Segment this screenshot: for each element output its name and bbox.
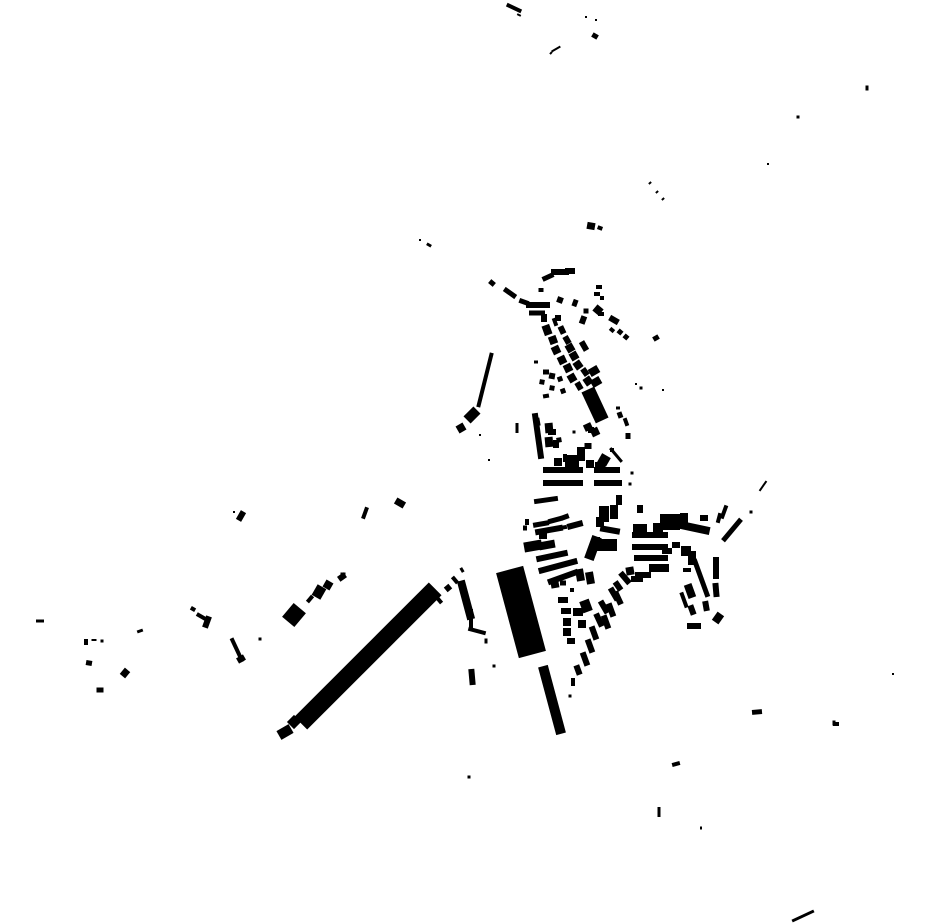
building-footprint bbox=[468, 776, 471, 779]
building-footprint bbox=[700, 515, 708, 521]
building-footprint bbox=[594, 292, 600, 296]
building-footprint bbox=[479, 434, 481, 436]
building-footprint bbox=[469, 609, 473, 629]
building-footprint bbox=[594, 467, 620, 473]
building-footprint bbox=[233, 511, 235, 513]
building-footprint bbox=[625, 566, 634, 575]
building-footprint bbox=[259, 638, 262, 641]
building-footprint bbox=[712, 583, 719, 597]
building-footprint bbox=[640, 387, 643, 390]
building-footprint bbox=[565, 455, 579, 467]
building-footprint bbox=[700, 827, 702, 830]
figure-ground-map bbox=[0, 0, 930, 924]
building-footprint bbox=[488, 459, 490, 461]
building-footprint bbox=[585, 443, 592, 449]
building-footprint bbox=[92, 639, 97, 641]
building-footprint bbox=[649, 564, 669, 572]
building-footprint bbox=[84, 639, 88, 645]
building-footprint bbox=[586, 222, 595, 230]
building-footprint bbox=[596, 285, 602, 289]
building-footprint bbox=[797, 116, 800, 119]
building-footprint bbox=[539, 379, 545, 385]
building-footprint bbox=[419, 239, 421, 241]
building-footprint bbox=[569, 695, 572, 698]
building-footprint bbox=[616, 495, 622, 505]
building-footprint bbox=[541, 314, 547, 322]
building-footprint bbox=[598, 312, 604, 316]
building-footprint bbox=[672, 542, 680, 548]
building-footprint bbox=[616, 407, 620, 410]
building-footprint bbox=[750, 511, 753, 514]
building-footprint bbox=[561, 608, 571, 614]
building-footprint bbox=[101, 640, 104, 643]
building-footprint bbox=[660, 514, 680, 530]
building-footprint bbox=[555, 315, 561, 321]
building-footprint bbox=[573, 431, 576, 434]
building-footprint bbox=[493, 665, 496, 668]
building-footprint bbox=[635, 383, 637, 385]
building-footprint bbox=[626, 433, 631, 439]
building-footprint bbox=[539, 288, 544, 292]
building-footprint bbox=[543, 370, 549, 375]
building-footprint bbox=[752, 709, 762, 715]
building-footprint bbox=[36, 620, 44, 623]
building-footprint bbox=[866, 86, 869, 91]
building-footprint bbox=[610, 505, 618, 519]
building-footprint bbox=[588, 427, 594, 433]
building-footprint bbox=[637, 505, 643, 513]
building-footprint bbox=[683, 568, 691, 572]
building-footprint bbox=[594, 480, 622, 486]
building-footprint bbox=[631, 576, 643, 582]
building-footprint bbox=[560, 581, 566, 586]
building-footprint bbox=[545, 437, 554, 448]
building-footprint bbox=[600, 296, 604, 300]
building-footprint bbox=[571, 678, 575, 686]
building-footprint bbox=[341, 573, 346, 578]
building-footprint bbox=[586, 460, 594, 468]
building-footprint bbox=[658, 807, 661, 817]
building-footprint bbox=[525, 519, 529, 525]
building-footprint bbox=[596, 517, 604, 527]
building-footprint bbox=[594, 537, 600, 543]
building-footprint bbox=[563, 628, 571, 636]
building-footprint bbox=[567, 638, 575, 644]
building-footprint bbox=[485, 639, 488, 644]
building-footprint bbox=[549, 385, 555, 391]
building-footprint bbox=[634, 555, 668, 561]
building-footprint bbox=[892, 673, 894, 675]
building-footprint bbox=[570, 588, 574, 592]
building-footprint bbox=[556, 437, 562, 443]
building-footprint bbox=[584, 309, 589, 314]
building-footprint bbox=[767, 163, 769, 165]
building-footprint bbox=[713, 557, 719, 579]
building-footprint bbox=[662, 548, 672, 554]
building-footprint bbox=[629, 483, 632, 486]
building-footprint bbox=[585, 16, 587, 18]
building-footprint bbox=[543, 480, 583, 486]
building-footprint bbox=[526, 302, 550, 308]
building-footprint bbox=[549, 373, 556, 380]
building-footprint bbox=[516, 423, 519, 433]
building-footprint bbox=[534, 361, 538, 364]
building-footprint bbox=[97, 688, 104, 693]
building-footprint bbox=[554, 458, 562, 466]
building-footprint bbox=[558, 597, 568, 603]
building-footprint bbox=[548, 429, 556, 435]
map-background bbox=[0, 0, 930, 924]
building-footprint bbox=[687, 623, 701, 629]
building-footprint bbox=[563, 454, 567, 462]
building-footprint bbox=[565, 268, 575, 274]
building-footprint bbox=[595, 19, 597, 21]
building-footprint bbox=[833, 721, 836, 726]
building-footprint bbox=[523, 526, 527, 531]
building-footprint bbox=[631, 472, 634, 475]
building-footprint bbox=[573, 608, 583, 616]
building-footprint bbox=[563, 618, 571, 626]
building-footprint bbox=[578, 620, 586, 628]
building-footprint bbox=[543, 467, 583, 473]
building-footprint bbox=[662, 389, 664, 391]
building-footprint bbox=[86, 660, 93, 666]
